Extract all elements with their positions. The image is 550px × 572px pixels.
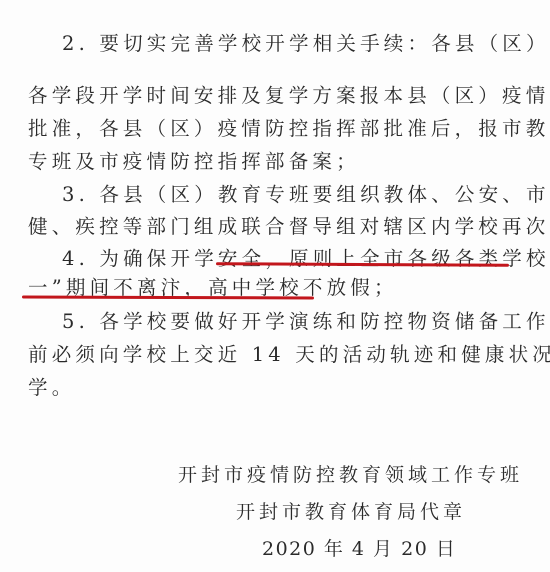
paragraph-2-line-4: 专班及市疫情防控指挥部备案；	[28, 149, 360, 175]
paragraph-2-line-2: 各学段开学时间安排及复学方案报本县（区）疫情防控指挥部	[28, 83, 550, 109]
paragraph-5-line-3: 学。	[28, 375, 75, 401]
paragraph-2-line-1: 2. 要切实完善学校开学相关手续：各县（区）教育专班将	[62, 31, 550, 57]
paragraph-3-line-2: 健、疾控等部门组成联合督导组对辖区内学校再次进行核验；	[28, 214, 550, 240]
paragraph-4-line-1: 4. 为确保开学安全，原则上全市各级各类学校在汴师生“五	[62, 246, 550, 272]
paragraph-2-line-3: 批准，各县（区）疫情防控指挥部批准后，报市教育领域工作	[28, 116, 550, 142]
paragraph-3-line-1: 3. 各县（区）教育专班要组织教体、公安、市场监管、卫	[62, 182, 550, 208]
paragraph-5-line-2: 前必须向学校上交近 14 天的活动轨迹和健康状况，确保安全开	[28, 342, 550, 368]
paragraph-5-line-1: 5. 各学校要做好开学演练和防控物资储备工作，师生返校	[62, 309, 550, 335]
partial-text-line-top	[40, 0, 510, 4]
issuer-name: 开封市疫情防控教育领域工作专班	[178, 460, 523, 487]
document-date: 2020 年 4 月 20 日	[262, 534, 456, 561]
seal-on-behalf: 开封市教育体育局代章	[236, 497, 466, 524]
